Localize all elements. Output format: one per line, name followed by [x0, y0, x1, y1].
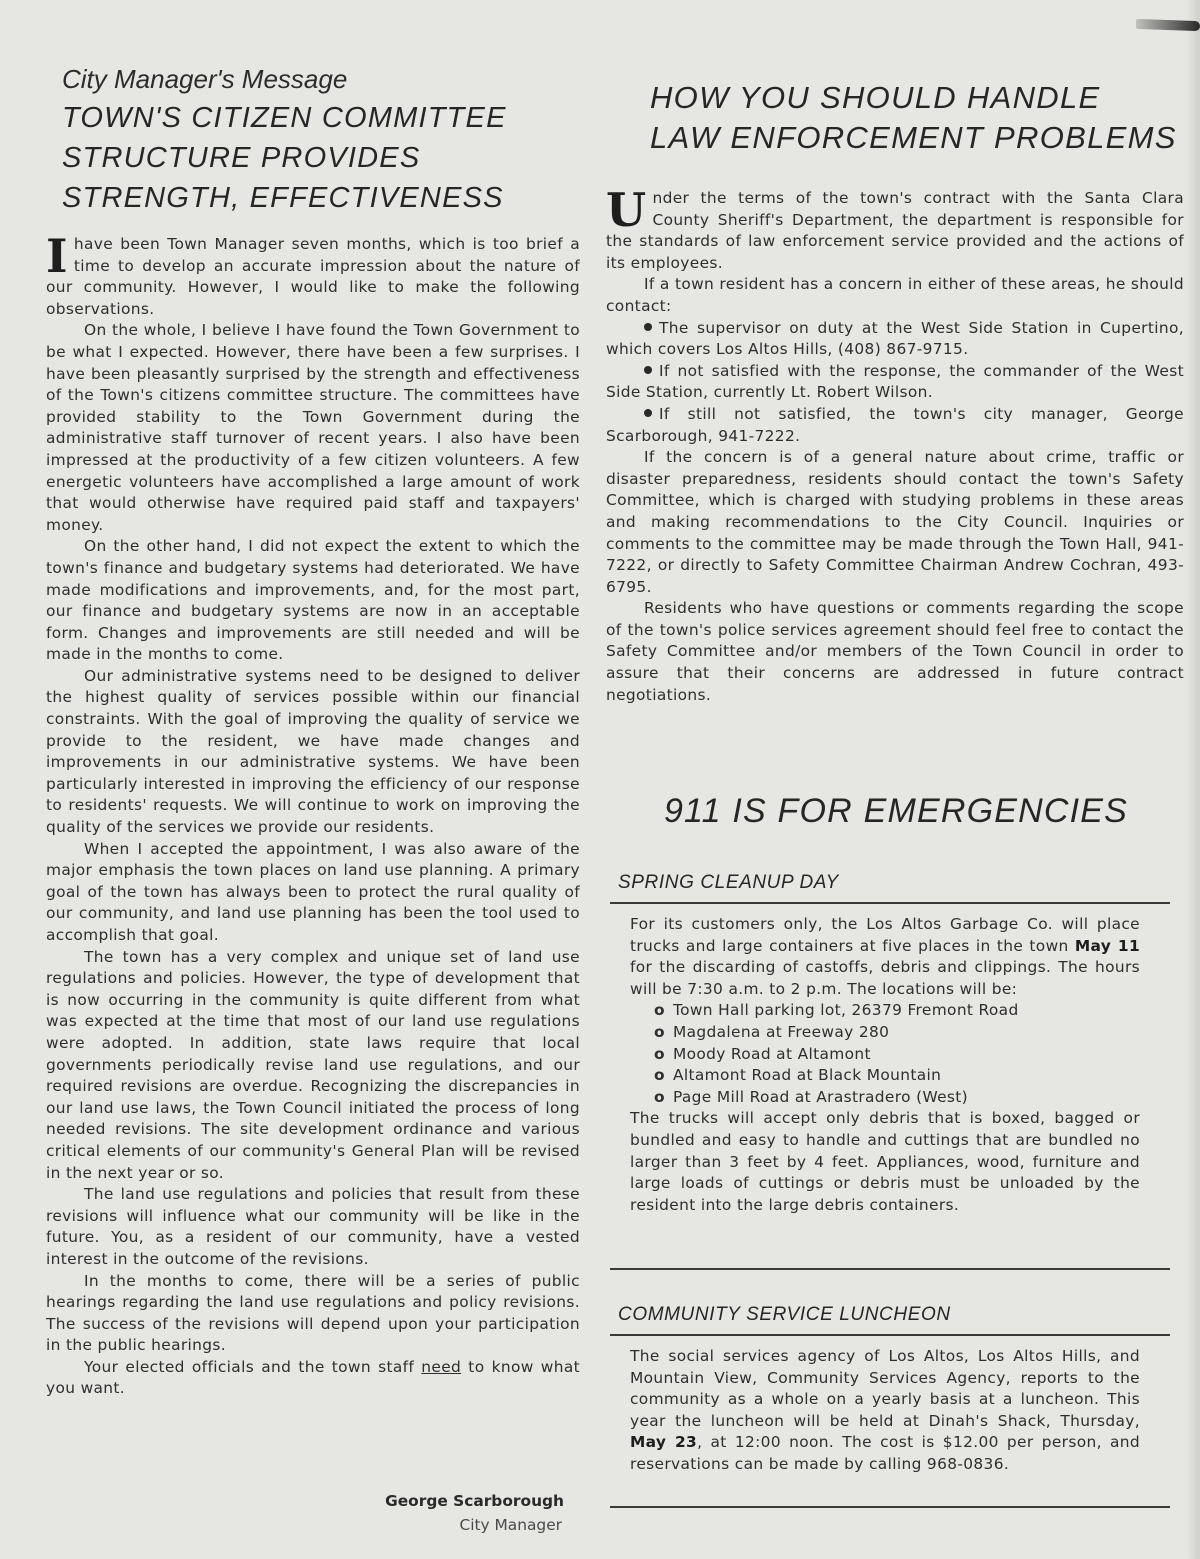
spring-cleanup-body: For its customers only, the Los Altos Ga…	[630, 914, 1140, 1216]
drop-cap: U	[606, 191, 646, 229]
headline-line: HOW YOU SHOULD HANDLE	[650, 80, 1100, 115]
divider-rule	[610, 1334, 1170, 1336]
article-body: Ihave been Town Manager seven months, wh…	[46, 234, 580, 1400]
contact-item: If not satisfied with the response, the …	[606, 361, 1184, 404]
headline-line: STRENGTH, EFFECTIVENESS	[62, 182, 504, 214]
paragraph: The land use regulations and policies th…	[46, 1184, 580, 1270]
divider-rule	[610, 1268, 1170, 1270]
emphasized-word: need	[421, 1358, 461, 1376]
location-item: Page Mill Road at Arastradero (West)	[654, 1087, 1140, 1109]
signature-title: City Manager	[385, 1513, 564, 1537]
paragraph: On the whole, I believe I have found the…	[46, 320, 580, 536]
bullet-icon	[644, 323, 652, 331]
signature-block: George Scarborough City Manager	[385, 1489, 564, 1537]
luncheon-heading: COMMUNITY SERVICE LUNCHEON	[618, 1304, 951, 1326]
paragraph: The social services agency of Los Altos,…	[630, 1346, 1140, 1476]
location-item: Moody Road at Altamont	[654, 1044, 1140, 1066]
event-date: May 23	[630, 1433, 697, 1451]
contact-item: If still not satisfied, the town's city …	[606, 404, 1184, 447]
emergency-headline: 911 IS FOR EMERGENCIES	[646, 792, 1146, 831]
paragraph: If a town resident has a concern in eith…	[606, 274, 1184, 317]
article-kicker: City Manager's Message	[62, 64, 347, 95]
paragraph: Residents who have questions or comments…	[606, 598, 1184, 706]
drop-cap: I	[46, 237, 68, 275]
law-enforcement-body: Under the terms of the town's contract w…	[606, 188, 1184, 706]
location-item: Town Hall parking lot, 26379 Fremont Roa…	[654, 1000, 1140, 1022]
paragraph: Our administrative systems need to be de…	[46, 666, 580, 839]
spring-cleanup-heading: SPRING CLEANUP DAY	[618, 872, 839, 894]
headline-line: LAW ENFORCEMENT PROBLEMS	[650, 120, 1177, 155]
paragraph: If the concern is of a general nature ab…	[606, 447, 1184, 598]
event-date: May 11	[1075, 937, 1140, 955]
paragraph: Ihave been Town Manager seven months, wh…	[46, 234, 580, 320]
divider-rule	[610, 902, 1170, 904]
bullet-icon	[644, 409, 652, 417]
closing-paragraph: Your elected officials and the town staf…	[46, 1357, 580, 1400]
headline-line: TOWN'S CITIZEN COMMITTEE	[62, 102, 507, 134]
paragraph: Under the terms of the town's contract w…	[606, 188, 1184, 274]
luncheon-body: The social services agency of Los Altos,…	[630, 1346, 1140, 1476]
paragraph: When I accepted the appointment, I was a…	[46, 839, 580, 947]
page-edge-shadow	[1186, 0, 1200, 1559]
law-enforcement-headline: HOW YOU SHOULD HANDLE LAW ENFORCEMENT PR…	[650, 78, 1190, 158]
article-headline: TOWN'S CITIZEN COMMITTEE STRUCTURE PROVI…	[62, 98, 582, 218]
bullet-icon	[644, 366, 652, 374]
contact-item: The supervisor on duty at the West Side …	[606, 318, 1184, 361]
paragraph: In the months to come, there will be a s…	[46, 1271, 580, 1357]
paragraph: For its customers only, the Los Altos Ga…	[630, 914, 1140, 1000]
location-item: Magdalena at Freeway 280	[654, 1022, 1140, 1044]
location-list: Town Hall parking lot, 26379 Fremont Roa…	[630, 1000, 1140, 1108]
paragraph: On the other hand, I did not expect the …	[46, 536, 580, 666]
paragraph: The trucks will accept only debris that …	[630, 1108, 1140, 1216]
scan-artifact-mark	[1136, 19, 1200, 31]
paragraph: The town has a very complex and unique s…	[46, 947, 580, 1185]
headline-line: STRUCTURE PROVIDES	[62, 142, 420, 174]
divider-rule	[610, 1506, 1170, 1508]
signature-name: George Scarborough	[385, 1489, 564, 1513]
location-item: Altamont Road at Black Mountain	[654, 1065, 1140, 1087]
